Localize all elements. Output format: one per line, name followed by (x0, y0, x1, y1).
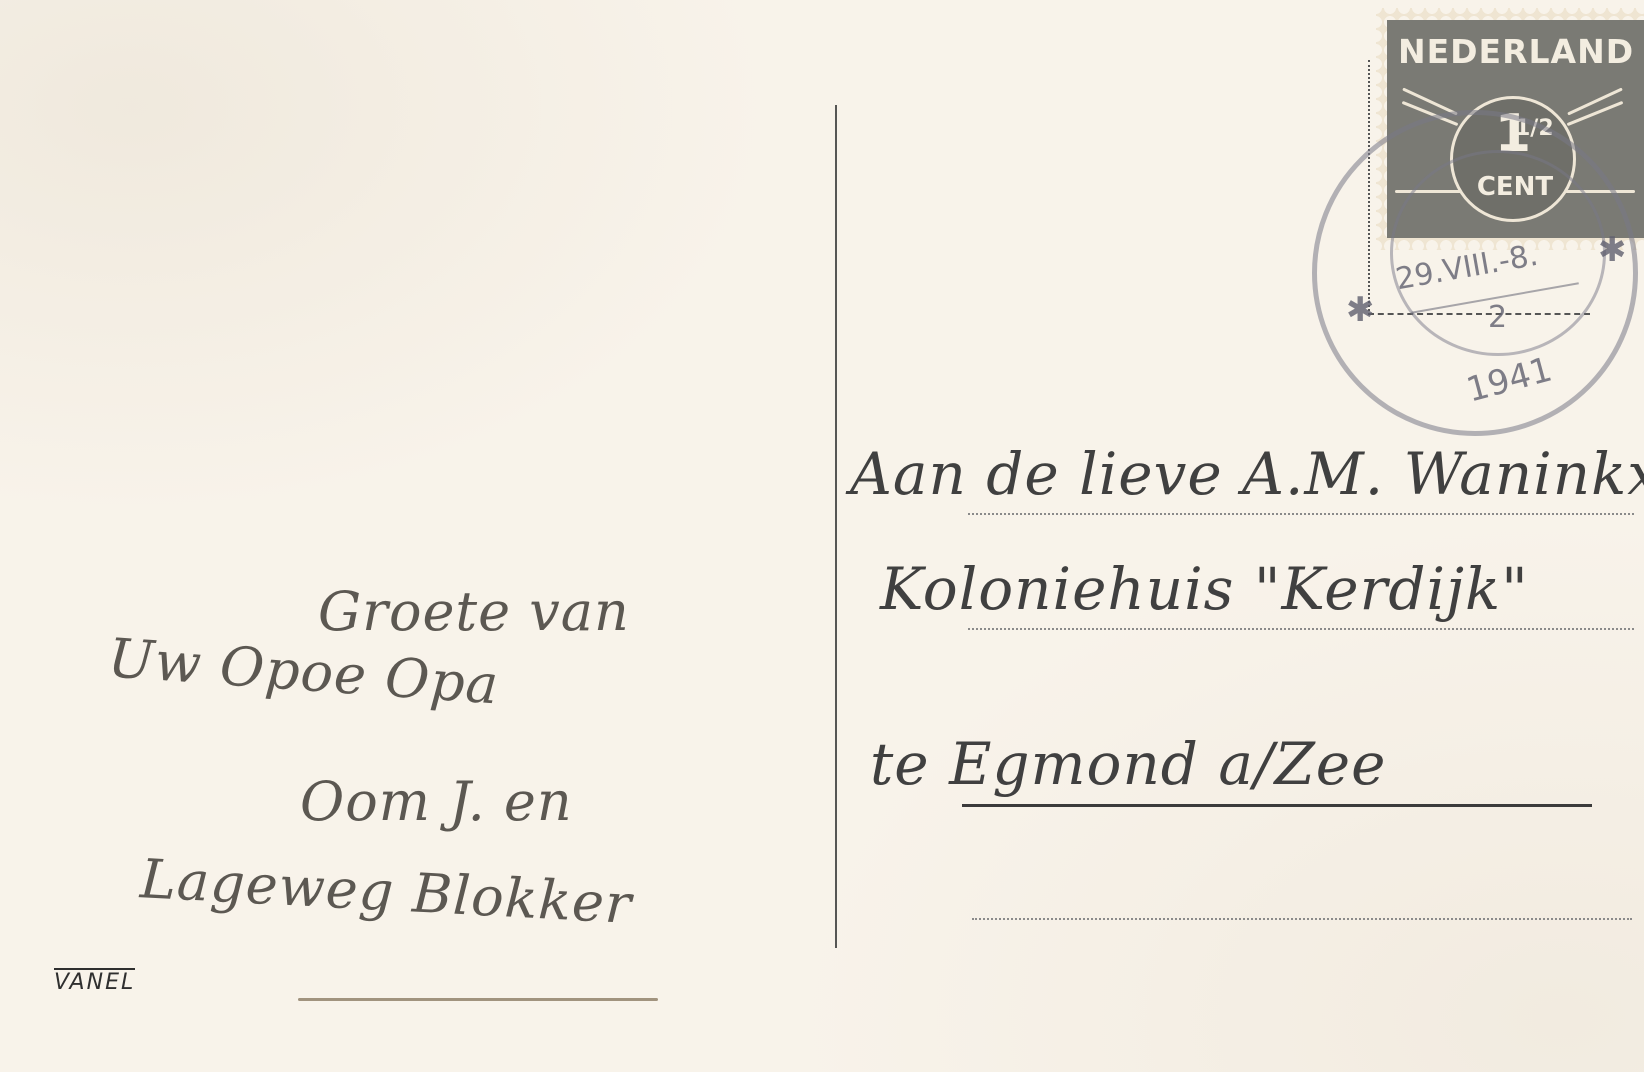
postmark-sequence: 2 (1488, 300, 1507, 335)
publisher-imprint: VANEL (54, 968, 135, 995)
address-rule-3-underline (962, 804, 1592, 807)
address-rule-1 (968, 513, 1634, 515)
postmark-star-icon: ✱ (1346, 290, 1375, 330)
address-line-1: Aan de lieve A.M. Waninkx (850, 440, 1644, 508)
stamp-country: NEDERLAND (1398, 32, 1644, 71)
message-line-1: Groete van (318, 580, 630, 643)
postmark-star-icon: ✱ (1598, 230, 1627, 270)
address-line-3: te Egmond a/Zee (870, 730, 1386, 798)
address-rule-2 (968, 628, 1634, 630)
address-rule-4 (972, 918, 1632, 920)
message-line-3: Oom J. en (300, 770, 573, 833)
card-divider-line (835, 105, 837, 948)
address-line-2: Koloniehuis "Kerdijk" (880, 555, 1529, 623)
message-underline-flourish (298, 998, 658, 1001)
